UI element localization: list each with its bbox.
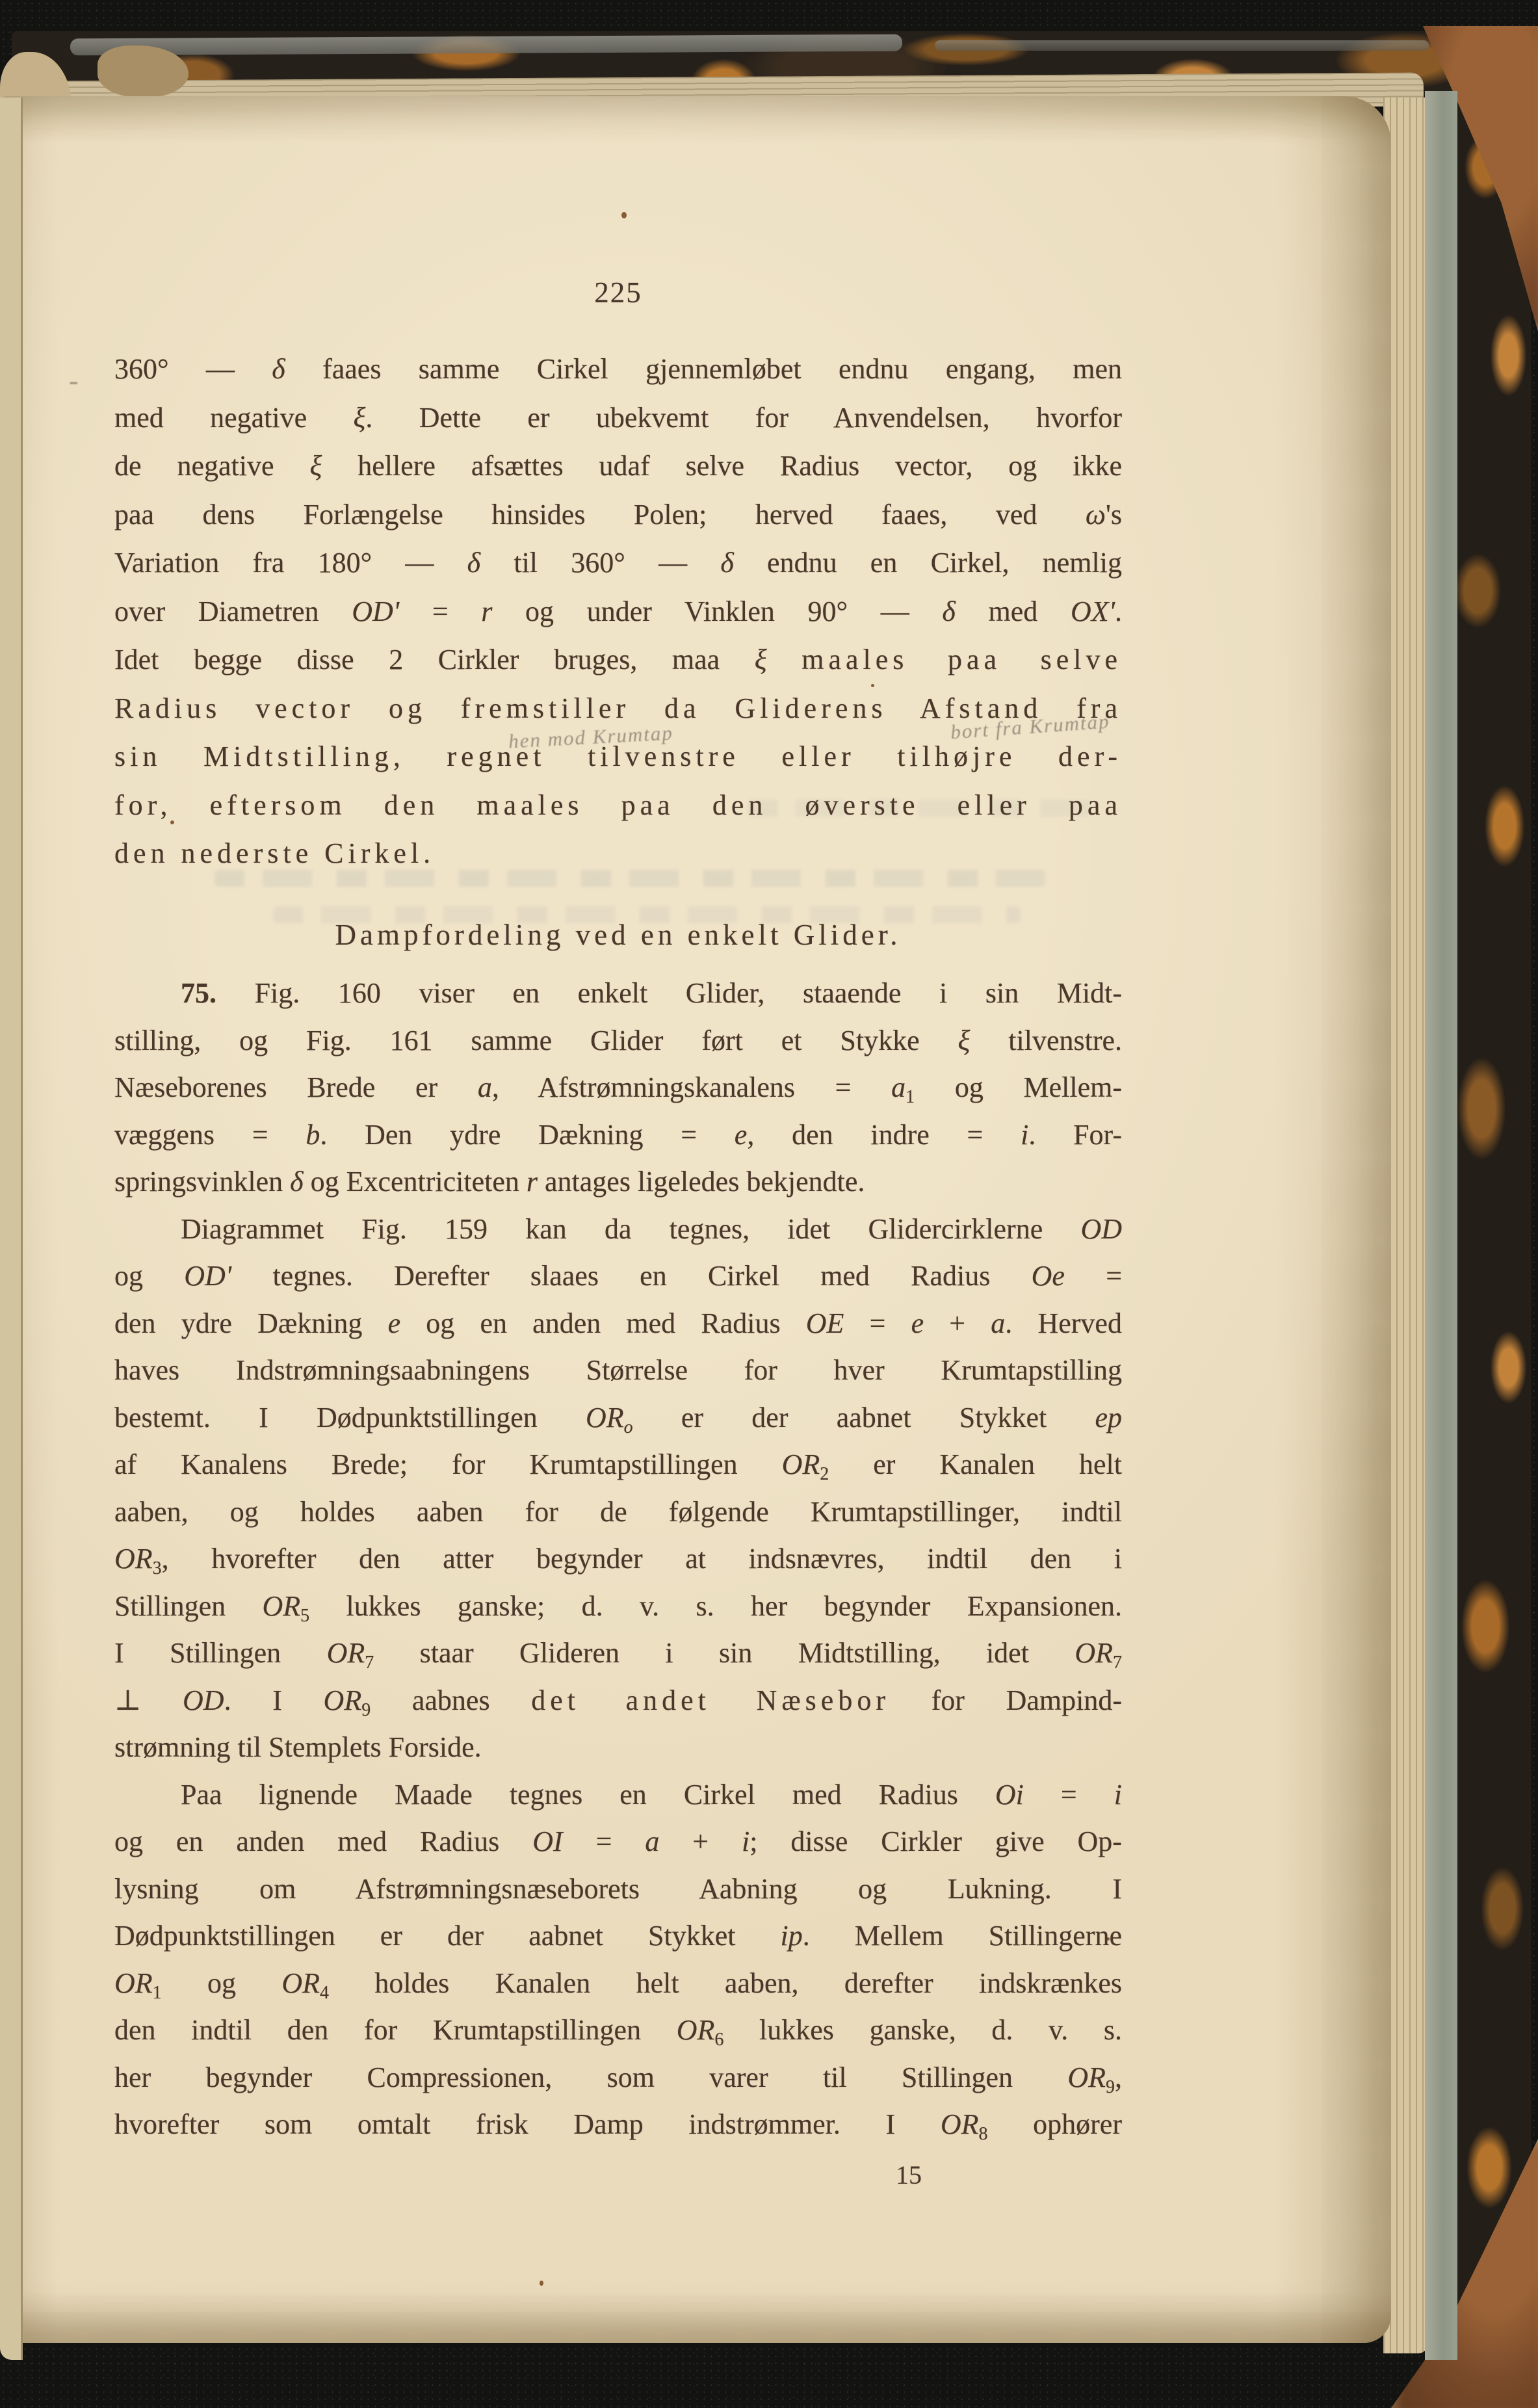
text-segment: antages ligeledes bekjendte. [538, 1166, 865, 1197]
text-segment-i: OR [1067, 2061, 1106, 2093]
text-segment: lukkes ganske, d. v. s. [723, 2014, 1122, 2046]
text-segment-i: OR [327, 1637, 365, 1669]
text-segment-i: i [742, 1826, 749, 1857]
text-segment-i: ω [1086, 499, 1106, 530]
text-segment: , Afstrømningskanalens = [492, 1071, 891, 1103]
text-segment: for Dampind- [890, 1684, 1122, 1716]
text-segment: og [114, 1260, 184, 1292]
text-segment-b: 75. [181, 977, 216, 1009]
signature-number: 15 [896, 2160, 922, 2190]
text-segment-i: δ [942, 595, 955, 627]
text-line: 360° — δ faaes samme Cirkel gjennemløbet… [114, 350, 1122, 391]
text-segment-i: i [1021, 1119, 1028, 1151]
text-line: med negative ξ. Dette er ubekvemt for An… [114, 399, 1122, 439]
text-segment-sub: 7 [365, 1653, 374, 1673]
text-line: her begynder Compressionen, som varer ti… [114, 2059, 1122, 2099]
text-segment: Næseborenes Brede er [114, 1071, 478, 1103]
text-segment: her begynder Compressionen, som varer ti… [114, 2061, 1067, 2093]
text-segment-s: den nederste Cirkel. [114, 837, 435, 869]
text-segment-i: ep [1095, 1402, 1122, 1433]
text-segment: . Dette er ubekvemt for Anvendelsen, hvo… [365, 402, 1122, 434]
text-segment: og en anden med Radius [400, 1307, 806, 1339]
text-line: ⊥ OD. I OR9 aabnes det andet Næsebor for… [114, 1682, 1122, 1722]
text-segment: ⊥ [114, 1684, 183, 1716]
text-line: og en anden med Radius OI = a + i; disse… [114, 1823, 1122, 1863]
text-segment: . I [224, 1684, 324, 1716]
text-segment-i: a [991, 1307, 1005, 1339]
text-segment: ; disse Cirkler give Op- [749, 1826, 1122, 1857]
text-line: over Diametren OD' = r og under Vinklen … [114, 593, 1122, 633]
text-line: lysning om Afstrømningsnæseborets Aabnin… [114, 1870, 1122, 1911]
text-line: Variation fra 180° — δ til 360° — δ endn… [114, 544, 1122, 584]
text-segment-i: a [478, 1071, 492, 1103]
text-segment: med [956, 595, 1071, 627]
text-segment-i: e [388, 1307, 401, 1339]
text-line: Diagrammet Fig. 159 kan da tegnes, idet … [114, 1211, 1122, 1251]
text-segment: . Den ydre Dækning = [320, 1119, 734, 1151]
text-segment-i: Oe [1032, 1260, 1065, 1292]
text-segment-i: i [1114, 1779, 1122, 1811]
text-segment: , hvorefter den atter begynder at indsnæ… [162, 1543, 1122, 1575]
text-line: OR3, hvorefter den atter begynder at ind… [114, 1540, 1122, 1580]
text-segment: I Stillingen [114, 1637, 327, 1669]
text-segment: hvorefter som omtalt frisk Damp indstrøm… [114, 2108, 941, 2140]
text-segment: Paa lignende Maade tegnes en Cirkel med … [181, 1779, 995, 1811]
text-segment: Stillingen [114, 1590, 263, 1622]
text-line: stilling, og Fig. 161 samme Glider ført … [114, 1022, 1122, 1062]
text-segment: den indtil den for Krumtapstillingen [114, 2014, 677, 2046]
text-segment-i: OX' [1071, 595, 1115, 627]
text-segment-i: δ [467, 547, 480, 579]
text-segment-i: δ [720, 547, 733, 579]
text-segment-sub: 9 [1106, 2077, 1115, 2097]
text-line: 75. Fig. 160 viser en enkelt Glider, sta… [114, 975, 1122, 1015]
text-segment: springsvinklen [114, 1166, 290, 1197]
text-segment: ophører [988, 2108, 1123, 2140]
text-line: den nederste Cirkel. [114, 835, 1122, 875]
text-segment-i: r [481, 595, 492, 627]
text-line: og OD' tegnes. Derefter slaaes en Cirkel… [114, 1257, 1122, 1298]
text-segment-sub: 1 [906, 1087, 915, 1107]
text-segment: , [1115, 2061, 1122, 2093]
text-segment: Dødpunktstillingen er der aabnet Stykket [114, 1920, 781, 1952]
text-segment: og Excentriciteten [304, 1166, 527, 1197]
text-segment: med negative [114, 402, 354, 434]
text-segment-s: for, eftersom den maales paa den øverste… [114, 789, 1122, 821]
text-segment-s: det andet Næsebor [531, 1684, 890, 1716]
text-segment: den ydre Dækning [114, 1307, 388, 1339]
text-line: aaben, og holdes aaben for de følgende K… [114, 1493, 1122, 1534]
text-segment: lysning om Afstrømningsnæseborets Aabnin… [114, 1873, 1122, 1905]
text-segment-i: OI [532, 1826, 562, 1857]
text-segment: er der aabnet Stykket [633, 1402, 1095, 1433]
text-line: den ydre Dækning e og en anden med Radiu… [114, 1305, 1122, 1345]
text-line: bestemt. I Dødpunktstillingen ORo er der… [114, 1399, 1122, 1439]
text-segment: stilling, og Fig. 161 samme Glider ført … [114, 1025, 958, 1056]
text-lines: 360° — δ faaes samme Cirkel gjennemløbet… [0, 0, 1538, 2408]
text-segment: holdes Kanalen helt aaben, derefter inds… [329, 1967, 1122, 1999]
text-segment: . Mellem Stillingerne [803, 1920, 1122, 1952]
text-segment-subi: o [624, 1417, 633, 1437]
text-segment: paa dens Forlængelse hinsides Polen; her… [114, 499, 1086, 530]
text-segment: Fig. 160 viser en enkelt Glider, staaend… [216, 977, 1122, 1009]
text-segment-i: δ [272, 353, 285, 385]
text-segment: haves Indstrømningsaabningens Størrelse … [114, 1354, 1122, 1386]
text-segment: . [1115, 595, 1122, 627]
text-segment-i: OR [1075, 1637, 1113, 1669]
text-segment: 's [1106, 499, 1122, 530]
text-segment: Idet begge disse 2 Cirkler bruges, maa [114, 644, 755, 675]
text-line: springsvinklen δ og Excentriciteten r an… [114, 1163, 1122, 1203]
text-segment: strømning til Stemplets Forside. [114, 1731, 482, 1763]
text-segment: de negative [114, 450, 309, 482]
text-line: Dødpunktstillingen er der aabnet Stykket… [114, 1917, 1122, 1957]
text-segment-i: a [645, 1826, 659, 1857]
text-line: væggens = b. Den ydre Dækning = e, den i… [114, 1116, 1122, 1157]
text-segment-i: e [735, 1119, 748, 1151]
text-segment: aabnes [371, 1684, 531, 1716]
text-segment-i: OR [114, 1543, 153, 1575]
text-line: de negative ξ hellere afsættes udaf selv… [114, 447, 1122, 488]
text-segment: Variation fra 180° — [114, 547, 467, 579]
text-segment: 360° — [114, 353, 272, 385]
text-segment-s: maales paa selve [802, 644, 1122, 675]
text-segment-sub: 7 [1113, 1653, 1122, 1673]
text-segment-sub: 4 [320, 1983, 329, 2003]
text-segment-i: OE [806, 1307, 844, 1339]
text-segment: af Kanalens Brede; for Krumtapstillingen [114, 1448, 782, 1480]
text-segment: , den indre = [747, 1119, 1021, 1151]
text-segment: = [563, 1826, 645, 1857]
text-segment-i: OR [263, 1590, 301, 1622]
text-segment: Diagrammet Fig. 159 kan da tegnes, idet … [181, 1213, 1080, 1245]
text-segment: til 360° — [480, 547, 720, 579]
text-line: for, eftersom den maales paa den øverste… [114, 787, 1122, 827]
text-segment: + [924, 1307, 991, 1339]
text-segment-sub: 6 [714, 2030, 723, 2050]
text-segment-sub: 1 [153, 1983, 162, 2003]
text-segment-i: OR [677, 2014, 715, 2046]
text-segment: væggens = [114, 1119, 306, 1151]
text-line: hvorefter som omtalt frisk Damp indstrøm… [114, 2106, 1122, 2146]
text-segment-i: OR [114, 1967, 153, 1999]
text-segment: endnu en Cirkel, nemlig [734, 547, 1122, 579]
text-segment-i: OR [324, 1684, 362, 1716]
text-segment: er Kanalen helt [829, 1448, 1122, 1480]
text-line: I Stillingen OR7 staar Glideren i sin Mi… [114, 1634, 1122, 1675]
text-segment-i: ξ [354, 402, 366, 434]
text-segment-i: δ [290, 1166, 303, 1197]
text-segment: . Herved [1005, 1307, 1122, 1339]
text-segment: faaes samme Cirkel gjennemløbet endnu en… [285, 353, 1122, 385]
text-segment: og en anden med Radius [114, 1826, 532, 1857]
text-segment-i: OR [941, 2108, 979, 2140]
text-segment [767, 644, 802, 675]
text-segment-i: OD [183, 1684, 224, 1716]
text-segment-i: ξ [958, 1025, 971, 1056]
pencil-margin-dash: - [69, 364, 80, 397]
text-line: den indtil den for Krumtapstillingen OR6… [114, 2011, 1122, 2052]
text-segment: staar Glideren i sin Midtstilling, idet [374, 1637, 1075, 1669]
text-segment-i: r [527, 1166, 538, 1197]
text-segment: og Mellem- [915, 1071, 1122, 1103]
text-segment-i: ip [781, 1920, 803, 1952]
text-segment-sub: 2 [820, 1464, 829, 1484]
text-segment: og [162, 1967, 282, 1999]
text-segment: hellere afsættes udaf selve Radius vecto… [322, 450, 1122, 482]
text-segment-sub: 3 [153, 1558, 162, 1578]
section-heading: Dampfordeling ved en enkelt Glider. [114, 916, 1122, 954]
text-segment: lukkes ganske; d. v. s. her begynder Exp… [309, 1590, 1122, 1622]
text-segment: = [432, 595, 481, 627]
text-segment: aaben, og holdes aaben for de følgende K… [114, 1496, 1122, 1528]
text-segment: og under Vinklen 90° — [492, 595, 942, 627]
text-segment-i: OD' [184, 1260, 231, 1292]
text-segment: tilvenstre. [970, 1025, 1122, 1056]
text-segment-i: OR [782, 1448, 820, 1480]
text-segment-sub: 8 [979, 2124, 988, 2144]
text-segment: tegnes. Derefter slaaes en Cirkel med Ra… [231, 1260, 1031, 1292]
text-line: haves Indstrømningsaabningens Størrelse … [114, 1352, 1122, 1392]
text-segment-sub: 9 [361, 1700, 371, 1720]
text-segment-i: OD' [352, 595, 432, 627]
text-segment-i: Oi [995, 1779, 1024, 1811]
text-segment: = [844, 1307, 911, 1339]
text-segment-sub: 5 [300, 1606, 309, 1626]
text-segment: bestemt. I Dødpunktstillingen [114, 1402, 586, 1433]
text-segment-i: OR [281, 1967, 320, 1999]
text-line: af Kanalens Brede; for Krumtapstillingen… [114, 1446, 1122, 1486]
text-segment-i: a [891, 1071, 906, 1103]
text-segment: = [1024, 1779, 1114, 1811]
text-segment-i: OR [586, 1402, 624, 1433]
text-segment-i: e [911, 1307, 924, 1339]
text-segment: . For- [1028, 1119, 1122, 1151]
book-scan: 225 360° — δ faaes samme Cirkel gjenneml… [0, 0, 1538, 2408]
text-line: Næseborenes Brede er a, Afstrømningskana… [114, 1069, 1122, 1109]
text-segment-i: ξ [309, 450, 322, 482]
text-segment: + [659, 1826, 742, 1857]
text-segment: = [1065, 1260, 1122, 1292]
text-line: Stillingen OR5 lukkes ganske; d. v. s. h… [114, 1588, 1122, 1628]
text-segment-i: b [306, 1119, 320, 1151]
text-line: Idet begge disse 2 Cirkler bruges, maa ξ… [114, 641, 1122, 681]
text-line: OR1 og OR4 holdes Kanalen helt aaben, de… [114, 1965, 1122, 2005]
text-segment-i: OD [1080, 1213, 1122, 1245]
text-line: Paa lignende Maade tegnes en Cirkel med … [114, 1776, 1122, 1816]
text-segment-i: ξ [755, 644, 767, 675]
text-line: paa dens Forlængelse hinsides Polen; her… [114, 496, 1122, 536]
text-segment: over Diametren [114, 595, 352, 627]
text-line: strømning til Stemplets Forside. [114, 1729, 1122, 1769]
